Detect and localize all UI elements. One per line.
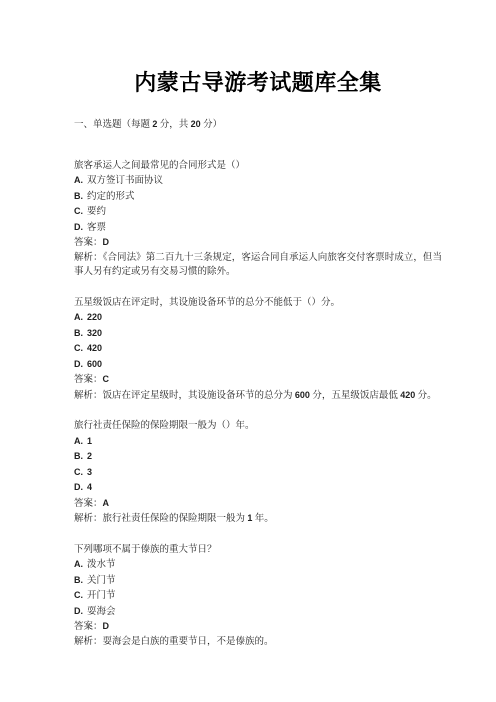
analysis-line: 解析：《合同法》第二百九十三条规定，客运合同自承运人向旅客交付客票时成立，但当事… xyxy=(74,251,442,280)
option-letter: A. xyxy=(74,559,83,569)
option-text: 泼水节 xyxy=(87,560,116,570)
option-letter: B. xyxy=(74,191,83,201)
analysis-text: 耍海会是白族的重要节日，不是傣族的。 xyxy=(103,637,274,647)
answer-label: 答案： xyxy=(74,238,103,248)
option-row: B.约定的形式 xyxy=(74,189,442,205)
option-letter: D. xyxy=(74,222,83,232)
option-row: B.320 xyxy=(74,326,442,342)
option-text: 开门节 xyxy=(87,591,116,601)
analysis-text: 饭店在评定星级时，其设施设备环节的总分为 600 分，五星级饭店最低 420 分… xyxy=(103,391,437,401)
section-heading: 一、单选题（每题 2 分，共 20 分） xyxy=(74,117,442,133)
option-letter: C. xyxy=(74,467,83,477)
option-text: 4 xyxy=(87,483,92,493)
option-text: 3 xyxy=(87,468,92,478)
option-text: 耍海会 xyxy=(87,607,116,617)
option-row: B.2 xyxy=(74,449,442,465)
option-row: B.关门节 xyxy=(74,573,442,589)
answer-line: 答案：D xyxy=(74,619,442,635)
option-letter: C. xyxy=(74,206,83,216)
option-letter: B. xyxy=(74,451,83,461)
option-letter: D. xyxy=(74,359,83,369)
answer-line: 答案：D xyxy=(74,235,442,251)
analysis-label: 解析： xyxy=(74,637,103,647)
option-row: C.3 xyxy=(74,465,442,481)
option-letter: A. xyxy=(74,175,83,185)
question-stem: 五星级饭店在评定时，其设施设备环节的总分不能低于（）分。 xyxy=(74,296,442,311)
question-stem: 下列哪项不属于傣族的重大节日？ xyxy=(74,543,442,558)
option-text: 关门节 xyxy=(87,576,116,586)
question-block: 五星级饭店在评定时，其设施设备环节的总分不能低于（）分。 A.220 B.320… xyxy=(74,296,442,404)
option-letter: B. xyxy=(74,328,83,338)
option-letter: D. xyxy=(74,482,83,492)
option-row: A.1 xyxy=(74,434,442,450)
option-row: D.客票 xyxy=(74,220,442,236)
analysis-line: 解析：饭店在评定星级时，其设施设备环节的总分为 600 分，五星级饭店最低 42… xyxy=(74,388,442,404)
option-text: 600 xyxy=(87,360,102,370)
answer-label: 答案： xyxy=(74,499,103,509)
question-stem: 旅行社责任保险的保险期限一般为（）年。 xyxy=(74,419,442,434)
analysis-line: 解析：旅行社责任保险的保险期限一般为 1 年。 xyxy=(74,511,442,527)
answer-line: 答案：C xyxy=(74,372,442,388)
analysis-label: 解析： xyxy=(74,391,103,401)
answer-line: 答案：A xyxy=(74,496,442,512)
answer-value: C xyxy=(103,374,110,384)
answer-label: 答案： xyxy=(74,375,103,385)
analysis-label: 解析： xyxy=(74,514,103,524)
question-stem: 旅客承运人之间最常见的合同形式是（） xyxy=(74,159,442,174)
answer-label: 答案： xyxy=(74,622,103,632)
option-row: D.4 xyxy=(74,480,442,496)
option-row: C.要约 xyxy=(74,204,442,220)
option-row: D.耍海会 xyxy=(74,604,442,620)
option-text: 320 xyxy=(87,329,102,339)
option-text: 220 xyxy=(87,313,102,323)
option-row: A.双方签订书面协议 xyxy=(74,173,442,189)
question-block: 下列哪项不属于傣族的重大节日？ A.泼水节 B.关门节 C.开门节 D.耍海会 … xyxy=(74,543,442,650)
option-row: A.泼水节 xyxy=(74,557,442,573)
option-text: 420 xyxy=(87,344,102,354)
option-letter: C. xyxy=(74,343,83,353)
option-row: C.420 xyxy=(74,341,442,357)
option-text: 要约 xyxy=(87,207,106,217)
option-letter: A. xyxy=(74,436,83,446)
answer-value: D xyxy=(103,621,110,631)
document-page: 内蒙古导游考试题库全集 一、单选题（每题 2 分，共 20 分） 旅客承运人之间… xyxy=(0,0,496,702)
option-letter: D. xyxy=(74,606,83,616)
option-text: 1 xyxy=(87,437,92,447)
analysis-text: 《合同法》第二百九十三条规定，客运合同自承运人向旅客交付客票时成立，但当事人另有… xyxy=(74,253,442,278)
option-letter: B. xyxy=(74,575,83,585)
option-letter: A. xyxy=(74,312,83,322)
answer-value: A xyxy=(103,498,110,508)
option-text: 客票 xyxy=(87,223,106,233)
question-block: 旅行社责任保险的保险期限一般为（）年。 A.1 B.2 C.3 D.4 答案：A… xyxy=(74,419,442,527)
question-block: 旅客承运人之间最常见的合同形式是（） A.双方签订书面协议 B.约定的形式 C.… xyxy=(74,159,442,280)
analysis-label: 解析： xyxy=(74,253,103,263)
option-text: 双方签订书面协议 xyxy=(87,176,163,186)
page-title: 内蒙古导游考试题库全集 xyxy=(74,70,442,96)
analysis-text: 旅行社责任保险的保险期限一般为 1 年。 xyxy=(103,514,274,524)
answer-value: D xyxy=(103,237,110,247)
analysis-line: 解析：耍海会是白族的重要节日，不是傣族的。 xyxy=(74,635,442,650)
option-row: D.600 xyxy=(74,357,442,373)
option-row: C.开门节 xyxy=(74,588,442,604)
option-text: 2 xyxy=(87,452,92,462)
option-row: A.220 xyxy=(74,310,442,326)
option-text: 约定的形式 xyxy=(87,192,135,202)
option-letter: C. xyxy=(74,590,83,600)
